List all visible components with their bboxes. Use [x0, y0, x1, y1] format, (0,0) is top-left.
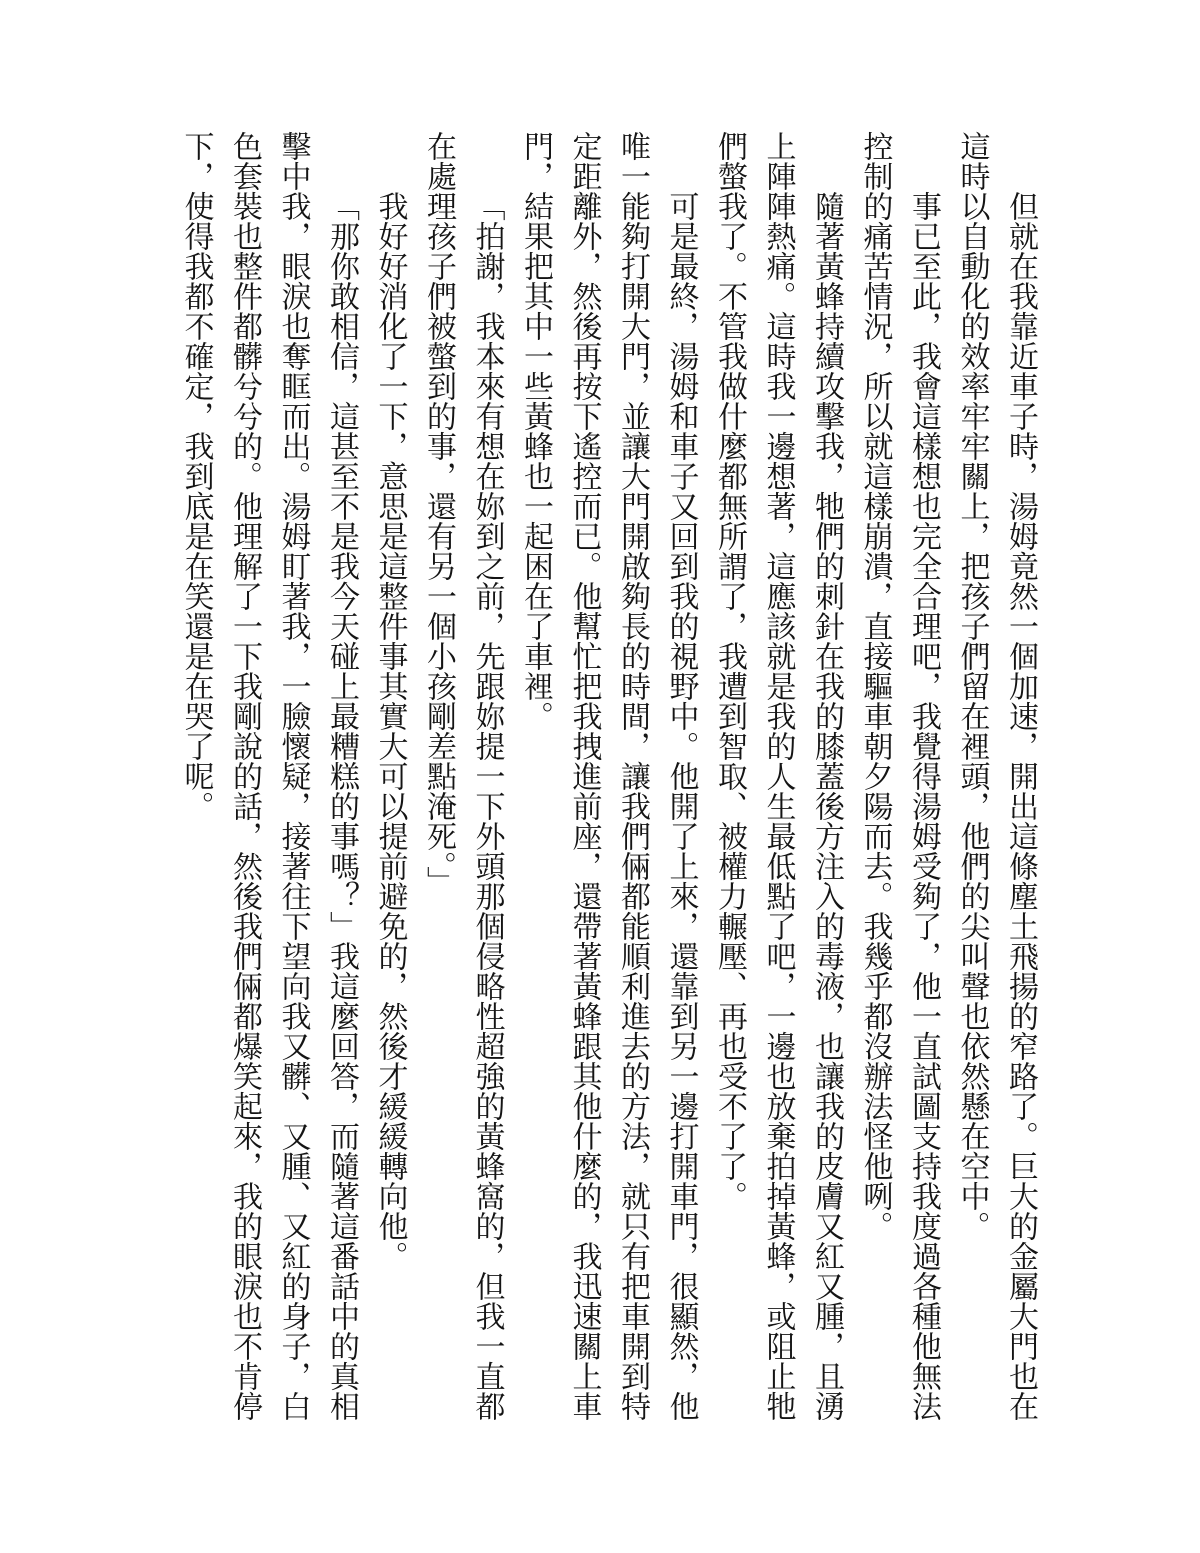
paragraph-4: 可是最終，湯姆和車子又回到我的視野中。他開了上來，還靠到另一邊打開車門，很顯然，… [511, 131, 705, 1429]
paragraph-3: 隨著黃蜂持續攻擊我，牠們的刺針在我的膝蓋後方注入的毒液，也讓我的皮膚又紅又腫，且… [705, 131, 851, 1429]
paragraph-2: 事已至此，我會這樣想也完全合理吧，我覺得湯姆受夠了，他一直試圖支持我度過各種他無… [850, 131, 947, 1429]
paragraph-6: 我好好消化了一下，意思是這整件事其實大可以提前避免的，然後才緩緩轉向他。 [365, 131, 414, 1429]
paragraph-5: 「拍謝，我本來有想在妳到之前，先跟妳提一下外頭那個侵略性超強的黃蜂窩的，但我一直… [414, 131, 511, 1429]
paragraph-7: 「那你敢相信，這甚至不是我今天碰上最糟糕的事嗎？」我這麼回答，而隨著這番話中的真… [171, 131, 365, 1429]
paragraph-1: 但就在我靠近車子時，湯姆竟然一個加速，開出這條塵土飛揚的窄路了。巨大的金屬大門也… [947, 131, 1044, 1429]
book-page-text: 但就在我靠近車子時，湯姆竟然一個加速，開出這條塵土飛揚的窄路了。巨大的金屬大門也… [171, 131, 1044, 1429]
